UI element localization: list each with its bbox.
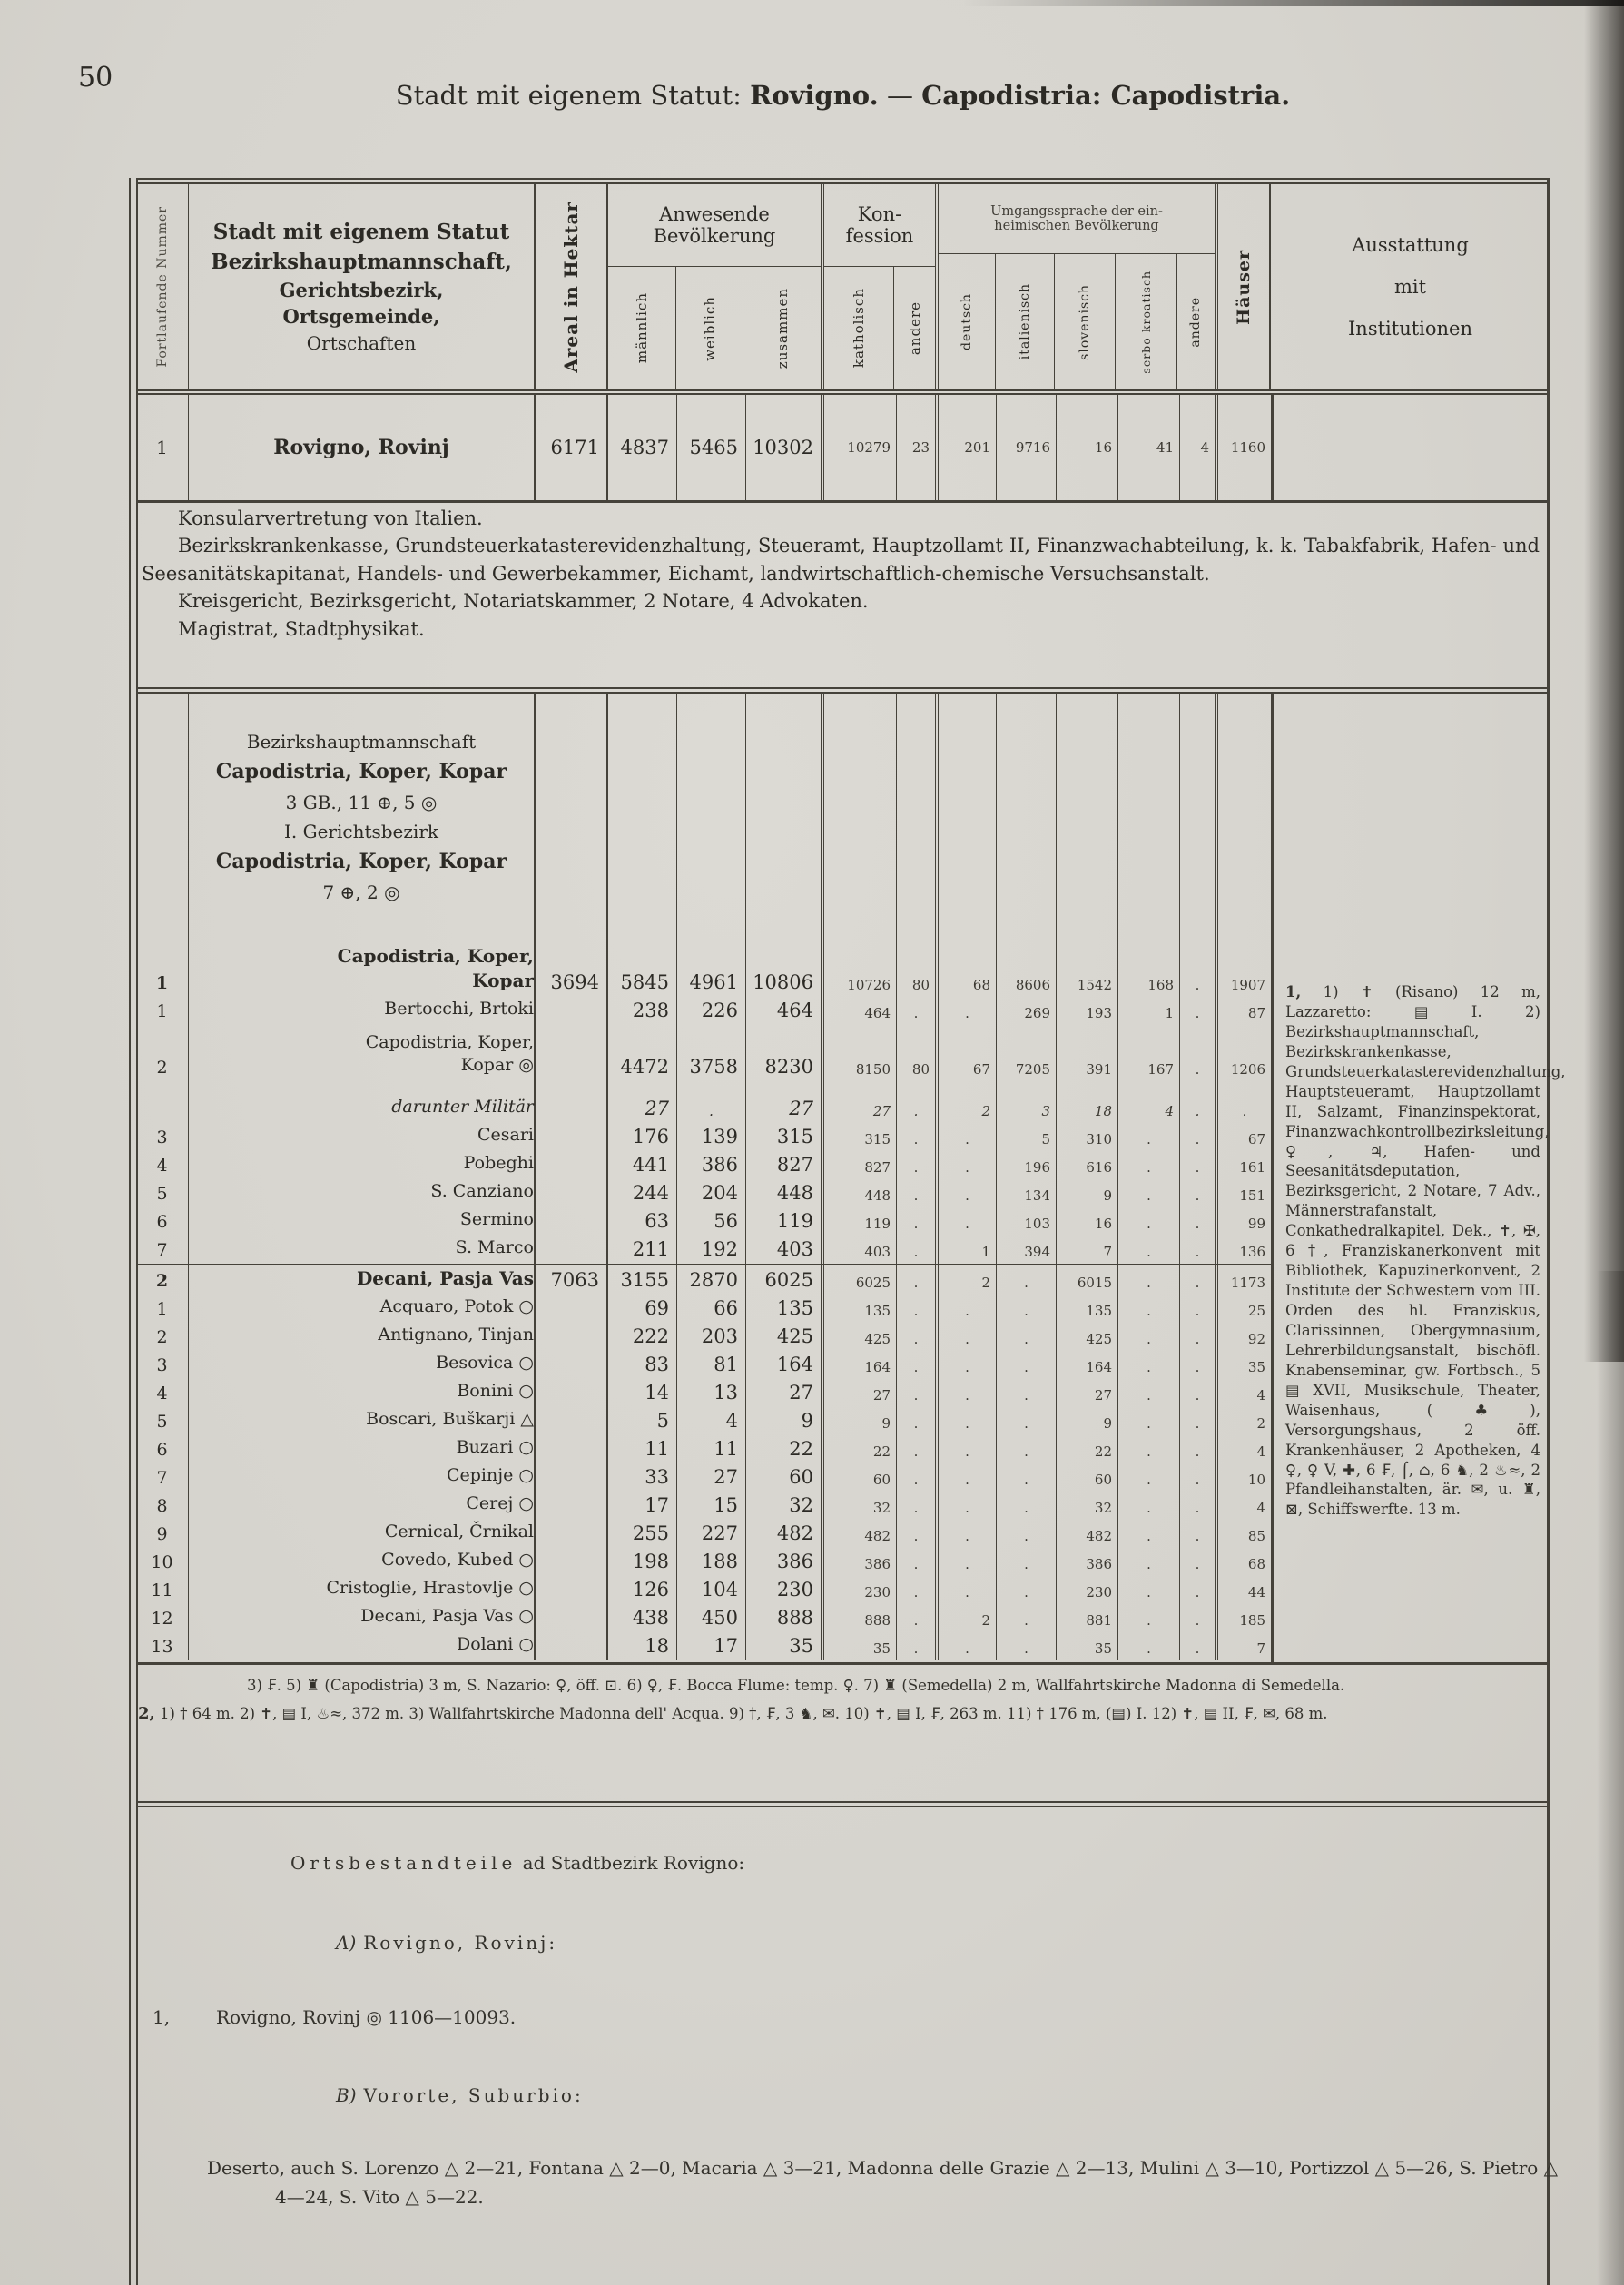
cell-italienisch: 269: [997, 997, 1057, 1025]
header-bev-label: Anwesende Bevölkerung: [608, 184, 821, 267]
cell-italienisch: .: [997, 1463, 1057, 1492]
cell-italienisch: 5: [997, 1123, 1057, 1151]
cell-serbokroatisch: .: [1118, 1323, 1180, 1351]
cell-konf-andere: .: [897, 997, 939, 1025]
ghead-line6: 7 ⊕, 2 ◎: [189, 878, 534, 907]
cell-zusammen: 386: [746, 1548, 824, 1576]
suburbs-paragraph: Deserto, auch S. Lorenzo △ 2—21, Fontana…: [207, 2153, 1564, 2211]
cell-deutsch: .: [939, 1123, 997, 1151]
cell-serbokroatisch: .: [1118, 1548, 1180, 1576]
cell-sprache-andere: .: [1180, 1207, 1218, 1236]
cell-name-line1: Cesari: [477, 1124, 534, 1147]
cell-nr: 1: [136, 941, 189, 997]
cell-slovenisch: 22: [1057, 1435, 1118, 1463]
cell-zusammen: 315: [746, 1123, 824, 1151]
header-italienisch: italienisch: [996, 254, 1055, 389]
cell-areal: [536, 1151, 608, 1179]
scan-top-streak: [962, 0, 1624, 6]
cell-katholisch: 403: [824, 1236, 897, 1264]
table-row: 6 Buzari ○ 11 11 22 22 . . . 22 . . 4: [136, 1435, 1271, 1463]
scan-shadow-band-lower: [1597, 1271, 1624, 2285]
header-areal: Areal in Hektar: [536, 184, 608, 389]
cell-deutsch: 201: [939, 395, 997, 500]
cell-sprache-andere: .: [1180, 1576, 1218, 1604]
table-row: 1 Bertocchi, Brtoki 238 226 464 464 . . …: [136, 997, 1271, 1025]
cell-slovenisch: 6015: [1057, 1265, 1118, 1295]
cell-nr: 13: [136, 1632, 189, 1660]
cell-name: darunter Militär: [189, 1081, 536, 1123]
cell-haeuser: 2: [1218, 1407, 1271, 1435]
page-title: Stadt mit eigenem Statut: Rovigno. — Cap…: [136, 80, 1550, 111]
ghead-name: Bezirkshauptmannschaft Capodistria, Kope…: [189, 694, 536, 941]
cell-name-line1: Bonini ○: [457, 1380, 534, 1404]
cell-italienisch: 9716: [997, 395, 1057, 500]
cell-haeuser: 7: [1218, 1632, 1271, 1660]
cell-deutsch: .: [939, 1407, 997, 1435]
cell-konf-andere: 80: [897, 941, 939, 997]
cell-slovenisch: 391: [1057, 1025, 1118, 1081]
cell-zusammen: 60: [746, 1463, 824, 1492]
header-serbokroatisch: serbo-kroatisch: [1116, 254, 1176, 389]
cell-nr: 5: [136, 1407, 189, 1435]
cell-weiblich: 139: [677, 1123, 746, 1151]
cell-weiblich: 15: [677, 1492, 746, 1520]
cell-deutsch: .: [939, 1576, 997, 1604]
cell-areal: [536, 1236, 608, 1264]
cell-weiblich: 203: [677, 1323, 746, 1351]
ghead-zus: [746, 694, 824, 941]
cell-serbokroatisch: .: [1118, 1351, 1180, 1379]
cell-katholisch: 10726: [824, 941, 897, 997]
page-title-district: Capodistria: Capodistria.: [921, 80, 1290, 111]
header-sprache-l2: heimischen Bevölkerung: [940, 219, 1213, 233]
cell-maennlich: 5: [608, 1407, 677, 1435]
cell-deutsch: .: [939, 1351, 997, 1379]
cell-areal: 6171: [536, 395, 608, 500]
cell-weiblich: 5465: [677, 395, 746, 500]
cell-maennlich: 5845: [608, 941, 677, 997]
cell-serbokroatisch: .: [1118, 1492, 1180, 1520]
cell-deutsch: .: [939, 1520, 997, 1548]
header-bev-l1: Anwesende: [610, 203, 819, 225]
cell-katholisch: 315: [824, 1123, 897, 1151]
ghead-m: [608, 694, 677, 941]
cell-haeuser: 4: [1218, 1379, 1271, 1407]
cell-areal: [536, 1123, 608, 1151]
header-areal-label: Areal in Hektar: [560, 202, 582, 373]
header-group-umgangssprache: Umgangssprache der ein- heimischen Bevöl…: [939, 184, 1218, 389]
cell-haeuser: 67: [1218, 1123, 1271, 1151]
cell-konf-andere: .: [897, 1265, 939, 1295]
cell-katholisch: 425: [824, 1323, 897, 1351]
cell-serbokroatisch: .: [1118, 1632, 1180, 1660]
ghead-dt: [939, 694, 997, 941]
header-serbokroatisch-label: serbo-kroatisch: [1139, 271, 1153, 374]
ghead-w: [677, 694, 746, 941]
cell-sprache-andere: .: [1180, 997, 1218, 1025]
table-row: 6 Sermino 63 56 119 119 . . 103 16 . . 9…: [136, 1207, 1271, 1236]
cell-haeuser: 136: [1218, 1236, 1271, 1264]
group-header-stack: Bezirkshauptmannschaft Capodistria, Kope…: [189, 727, 534, 907]
cell-zusammen: 22: [746, 1435, 824, 1463]
cell-haeuser: .: [1218, 1081, 1271, 1123]
cell-konf-andere: .: [897, 1492, 939, 1520]
cell-name-line1: Decani, Pasja Vas ○: [360, 1605, 534, 1629]
institutions-p1: Konsularvertretung von Italien.: [138, 505, 1543, 532]
footnote-2: 2, 1) † 64 m. 2) ✝, ▤ I, ♨≈, 372 m. 3) W…: [138, 1701, 1543, 1726]
cell-areal: [536, 1323, 608, 1351]
cell-serbokroatisch: 1: [1118, 997, 1180, 1025]
summary-table: Fortlaufende Nummer Stadt mit eigenem St…: [136, 178, 1550, 503]
cell-name-line1: S. Canziano: [430, 1180, 534, 1204]
header-sprache-l1: Umgangssprache der ein-: [940, 204, 1213, 219]
cell-serbokroatisch: .: [1118, 1407, 1180, 1435]
cell-slovenisch: 425: [1057, 1323, 1118, 1351]
header-nr-label: Fortlaufende Nummer: [155, 206, 170, 368]
cell-name: S. Canziano: [189, 1179, 536, 1207]
header-sprache-label: Umgangssprache der ein- heimischen Bevöl…: [939, 184, 1215, 254]
cell-haeuser: 68: [1218, 1548, 1271, 1576]
header-ausstattung: Ausstattung mit Institutionen: [1271, 184, 1550, 389]
cell-maennlich: 3155: [608, 1265, 677, 1295]
header-katholisch: katholisch: [824, 267, 894, 389]
cell-name: Cesari: [189, 1123, 536, 1151]
cell-slovenisch: 482: [1057, 1520, 1118, 1548]
footnote-2-group: 2,: [138, 1704, 155, 1723]
table-row: 5 S. Canziano 244 204 448 448 . . 134 9 …: [136, 1179, 1271, 1207]
district-table-rows: Bezirkshauptmannschaft Capodistria, Kope…: [136, 694, 1271, 1662]
cell-serbokroatisch: 4: [1118, 1081, 1180, 1123]
cell-zusammen: 6025: [746, 1265, 824, 1295]
table-row: 7 Cepinje ○ 33 27 60 60 . . . 60 . . 10: [136, 1463, 1271, 1492]
cell-sprache-andere: .: [1180, 1295, 1218, 1323]
cell-nr: 9: [136, 1520, 189, 1548]
cell-deutsch: .: [939, 1379, 997, 1407]
cell-sprache-andere: .: [1180, 1025, 1218, 1081]
cell-deutsch: .: [939, 1463, 997, 1492]
cell-maennlich: 222: [608, 1323, 677, 1351]
cell-name: Capodistria, Koper,Kopar: [189, 941, 536, 997]
header-name-l5: Ortschaften: [192, 330, 530, 356]
cell-deutsch: .: [939, 1207, 997, 1236]
cell-sprache-andere: .: [1180, 1179, 1218, 1207]
cell-name-line1: darunter Militär: [391, 1096, 534, 1119]
institutions-p4: Magistrat, Stadtphysikat.: [138, 616, 1543, 643]
cell-deutsch: 1: [939, 1236, 997, 1264]
cell-weiblich: 27: [677, 1463, 746, 1492]
cell-weiblich: 2870: [677, 1265, 746, 1295]
cell-weiblich: 226: [677, 997, 746, 1025]
cell-name-line1: Bertocchi, Brtoki: [384, 998, 534, 1021]
cell-haeuser: 4: [1218, 1435, 1271, 1463]
cell-deutsch: .: [939, 1323, 997, 1351]
cell-slovenisch: 7: [1057, 1236, 1118, 1264]
scanned-page: 50 Stadt mit eigenem Statut: Rovigno. — …: [0, 0, 1624, 2285]
cell-name-line1: S. Marco: [456, 1236, 534, 1260]
header-maennlich-label: männlich: [634, 292, 650, 363]
cell-nr: 12: [136, 1604, 189, 1632]
cell-maennlich: 238: [608, 997, 677, 1025]
cell-weiblich: 4961: [677, 941, 746, 997]
cell-konf-andere: .: [897, 1520, 939, 1548]
cell-serbokroatisch: .: [1118, 1151, 1180, 1179]
ausstattung-notes: 1, 1) ✝ (Risano) 12 m, Lazzaretto: ▤ I. …: [1271, 694, 1550, 1662]
ghead-line2: Capodistria, Koper, Kopar: [189, 756, 534, 788]
cell-slovenisch: 9: [1057, 1407, 1118, 1435]
cell-name: Besovica ○: [189, 1351, 536, 1379]
cell-name-line2: Kopar ◎: [434, 1054, 534, 1078]
header-zusammen-label: zusammen: [774, 288, 791, 369]
subheading-b-label: B): [336, 2084, 364, 2106]
cell-zusammen: 164: [746, 1351, 824, 1379]
header-bev-l2: Bevölkerung: [610, 225, 819, 247]
cell-name: Cerej ○: [189, 1492, 536, 1520]
header-name-l4: Ortsgemeinde,: [192, 303, 530, 330]
cell-katholisch: 448: [824, 1179, 897, 1207]
cell-name: Sermino: [189, 1207, 536, 1236]
heading-spaced: Ortsbestandteile: [290, 1852, 517, 1874]
cell-name-line1: Sermino: [460, 1208, 534, 1232]
cell-ausstattung: [1271, 395, 1550, 500]
cell-areal: [536, 1081, 608, 1123]
cell-sprache-andere: .: [1180, 1632, 1218, 1660]
cell-name-line1: Boscari, Buškarji △: [366, 1408, 534, 1432]
cell-weiblich: 204: [677, 1179, 746, 1207]
cell-deutsch: 67: [939, 1025, 997, 1081]
cell-zusammen: 448: [746, 1179, 824, 1207]
header-slovenisch-label: slovenisch: [1078, 284, 1092, 360]
cell-konf-andere: 80: [897, 1025, 939, 1081]
cell-haeuser: 1160: [1218, 395, 1271, 500]
cell-sprache-andere: 4: [1180, 395, 1218, 500]
cell-nr: 2: [136, 1025, 189, 1081]
heading-rest: ad Stadtbezirk Rovigno:: [517, 1852, 744, 1874]
table-row: 3 Besovica ○ 83 81 164 164 . . . 164 . .…: [136, 1351, 1271, 1379]
cell-deutsch: .: [939, 1151, 997, 1179]
institutions-text: Konsularvertretung von Italien. Bezirksk…: [138, 505, 1543, 643]
district-table: Bezirkshauptmannschaft Capodistria, Kope…: [136, 687, 1550, 1665]
cell-maennlich: 69: [608, 1295, 677, 1323]
ghead-line5: Capodistria, Koper, Kopar: [189, 846, 534, 878]
cell-nr: 2: [136, 1323, 189, 1351]
cell-nr: [136, 1081, 189, 1123]
cell-areal: [536, 1632, 608, 1660]
cell-areal: [536, 1025, 608, 1081]
cell-katholisch: 827: [824, 1151, 897, 1179]
cell-deutsch: .: [939, 1295, 997, 1323]
ghead-ka: [897, 694, 939, 941]
cell-konf-andere: .: [897, 1179, 939, 1207]
cell-zusammen: 10302: [746, 395, 824, 500]
cell-haeuser: 1173: [1218, 1265, 1271, 1295]
cell-deutsch: 2: [939, 1081, 997, 1123]
cell-weiblich: 192: [677, 1236, 746, 1264]
cell-nr: 6: [136, 1207, 189, 1236]
cell-italienisch: .: [997, 1632, 1057, 1660]
cell-name-line1: Acquaro, Potok ○: [380, 1295, 534, 1319]
cell-name-line1: Decani, Pasja Vas: [357, 1266, 534, 1291]
cell-slovenisch: 616: [1057, 1151, 1118, 1179]
cell-areal: [536, 1435, 608, 1463]
cell-haeuser: 35: [1218, 1351, 1271, 1379]
cell-areal: [536, 997, 608, 1025]
table-header: Fortlaufende Nummer Stadt mit eigenem St…: [136, 184, 1550, 395]
cell-konf-andere: .: [897, 1151, 939, 1179]
ghead-an: [1180, 694, 1218, 941]
cell-nr: 7: [136, 1463, 189, 1492]
cell-maennlich: 17: [608, 1492, 677, 1520]
cell-nr: 1: [136, 395, 189, 500]
cell-name: Cristoglie, Hrastovlje ○: [189, 1576, 536, 1604]
cell-konf-andere: .: [897, 1323, 939, 1351]
cell-haeuser: 1907: [1218, 941, 1271, 997]
header-katholisch-label: katholisch: [851, 288, 867, 368]
cell-serbokroatisch: .: [1118, 1435, 1180, 1463]
cell-katholisch: 8150: [824, 1025, 897, 1081]
cell-zusammen: 32: [746, 1492, 824, 1520]
cell-sprache-andere: .: [1180, 1379, 1218, 1407]
cell-katholisch: 464: [824, 997, 897, 1025]
ortsbestandteile-heading: Ortsbestandteile ad Stadtbezirk Rovigno:: [290, 1852, 744, 1874]
cell-zusammen: 35: [746, 1632, 824, 1660]
cell-sprache-andere: .: [1180, 1548, 1218, 1576]
cell-serbokroatisch: .: [1118, 1207, 1180, 1236]
page-title-prefix: Stadt mit eigenem Statut:: [396, 80, 750, 111]
cell-deutsch: .: [939, 1632, 997, 1660]
cell-name-line1: Cernical, Črnikal: [385, 1521, 534, 1544]
cell-haeuser: 185: [1218, 1604, 1271, 1632]
cell-haeuser: 161: [1218, 1151, 1271, 1179]
cell-maennlich: 63: [608, 1207, 677, 1236]
page-number: 50: [78, 62, 113, 94]
cell-name: Bertocchi, Brtoki: [189, 997, 536, 1025]
cell-konf-andere: .: [897, 1548, 939, 1576]
cell-haeuser: 44: [1218, 1576, 1271, 1604]
header-weiblich-label: weiblich: [702, 296, 718, 361]
cell-nr: 4: [136, 1151, 189, 1179]
cell-slovenisch: 881: [1057, 1604, 1118, 1632]
cell-name: Antignano, Tinjan: [189, 1323, 536, 1351]
cell-konf-andere: .: [897, 1379, 939, 1407]
cell-konf-andere: .: [897, 1351, 939, 1379]
cell-name: S. Marco: [189, 1236, 536, 1264]
cell-areal: [536, 1351, 608, 1379]
cell-slovenisch: 32: [1057, 1492, 1118, 1520]
cell-areal: [536, 1520, 608, 1548]
cell-deutsch: 68: [939, 941, 997, 997]
cell-name: Cernical, Črnikal: [189, 1520, 536, 1548]
cell-zusammen: 10806: [746, 941, 824, 997]
cell-serbokroatisch: .: [1118, 1123, 1180, 1151]
cell-serbokroatisch: .: [1118, 1179, 1180, 1207]
cell-katholisch: 230: [824, 1576, 897, 1604]
cell-name: Decani, Pasja Vas ○: [189, 1604, 536, 1632]
cell-weiblich: 227: [677, 1520, 746, 1548]
cell-zusammen: 119: [746, 1207, 824, 1236]
cell-maennlich: 211: [608, 1236, 677, 1264]
cell-areal: 3694: [536, 941, 608, 997]
cell-katholisch: 164: [824, 1351, 897, 1379]
cell-katholisch: 35: [824, 1632, 897, 1660]
cell-nr: 8: [136, 1492, 189, 1520]
cell-name-line1: Besovica ○: [436, 1352, 534, 1375]
table-row: 13 Dolani ○ 18 17 35 35 . . . 35 . . 7: [136, 1632, 1271, 1660]
table-row: darunter Militär 27 . 27 27 . 2 3 18 4 .…: [136, 1081, 1271, 1123]
table-row: 11 Cristoglie, Hrastovlje ○ 126 104 230 …: [136, 1576, 1271, 1604]
cell-slovenisch: 164: [1057, 1351, 1118, 1379]
cell-name-line1: Capodistria, Koper,: [366, 1031, 534, 1055]
cell-sprache-andere: .: [1180, 1123, 1218, 1151]
cell-katholisch: 6025: [824, 1265, 897, 1295]
table-row: 4 Pobeghi 441 386 827 827 . . 196 616 . …: [136, 1151, 1271, 1179]
header-nr: Fortlaufende Nummer: [136, 184, 189, 389]
cell-name: Bonini ○: [189, 1379, 536, 1407]
cell-name-line1: Pobeghi: [464, 1152, 534, 1176]
ghead-it: [997, 694, 1057, 941]
header-slovenisch: slovenisch: [1055, 254, 1116, 389]
header-name-l1: Stadt mit eigenem Statut: [192, 218, 530, 247]
cell-konf-andere: .: [897, 1081, 939, 1123]
table-row: 1 Rovigno, Rovinj 6171 4837 5465 10302 1…: [136, 395, 1550, 500]
cell-name-line1: Cerej ○: [466, 1492, 534, 1516]
cell-maennlich: 441: [608, 1151, 677, 1179]
cell-slovenisch: 193: [1057, 997, 1118, 1025]
table-row: 10 Covedo, Kubed ○ 198 188 386 386 . . .…: [136, 1548, 1271, 1576]
cell-weiblich: 17: [677, 1632, 746, 1660]
page-title-city: Rovigno.: [750, 80, 879, 111]
table-row: 2 Decani, Pasja Vas 7063 3155 2870 6025 …: [136, 1264, 1271, 1295]
cell-konf-andere: .: [897, 1295, 939, 1323]
cell-nr: 3: [136, 1351, 189, 1379]
header-maennlich: männlich: [608, 267, 676, 389]
table-row: 8 Cerej ○ 17 15 32 32 . . . 32 . . 4: [136, 1492, 1271, 1520]
header-weiblich: weiblich: [676, 267, 744, 389]
cell-konf-andere: 23: [897, 395, 939, 500]
cell-weiblich: 56: [677, 1207, 746, 1236]
cell-weiblich: 81: [677, 1351, 746, 1379]
cell-deutsch: .: [939, 1179, 997, 1207]
cell-sprache-andere: .: [1180, 1604, 1218, 1632]
subheading-a: A)Rovigno, Rovinj:: [336, 1932, 557, 1954]
cell-sprache-andere: .: [1180, 1081, 1218, 1123]
institutions-p3: Kreisgericht, Bezirksgericht, Notariatsk…: [138, 587, 1543, 615]
cell-italienisch: 103: [997, 1207, 1057, 1236]
cell-nr: 5: [136, 1179, 189, 1207]
cell-katholisch: 9: [824, 1407, 897, 1435]
cell-maennlich: 4837: [608, 395, 677, 500]
cell-sprache-andere: .: [1180, 1323, 1218, 1351]
footnote-1: 3) ₣. 5) ♜ (Capodistria) 3 m, S. Nazario…: [138, 1675, 1543, 1698]
cell-haeuser: 10: [1218, 1463, 1271, 1492]
header-sprache-andere: andere: [1177, 254, 1215, 389]
cell-maennlich: 4472: [608, 1025, 677, 1081]
subheading-a-label: A): [336, 1932, 363, 1954]
cell-slovenisch: 16: [1057, 1207, 1118, 1236]
cell-sprache-andere: .: [1180, 1265, 1218, 1295]
cell-zusammen: 27: [746, 1081, 824, 1123]
header-ausstattung-l3: Institutionen: [1271, 308, 1550, 350]
ghead-nr: [136, 694, 189, 941]
cell-zusammen: 888: [746, 1604, 824, 1632]
cell-sprache-andere: .: [1180, 1351, 1218, 1379]
cell-name: Pobeghi: [189, 1151, 536, 1179]
item-text: Rovigno, Rovinj ◎ 1106—10093.: [216, 2006, 516, 2028]
cell-maennlich: 176: [608, 1123, 677, 1151]
cell-italienisch: 8606: [997, 941, 1057, 997]
cell-italienisch: .: [997, 1492, 1057, 1520]
cell-italienisch: .: [997, 1379, 1057, 1407]
cell-weiblich: 386: [677, 1151, 746, 1179]
